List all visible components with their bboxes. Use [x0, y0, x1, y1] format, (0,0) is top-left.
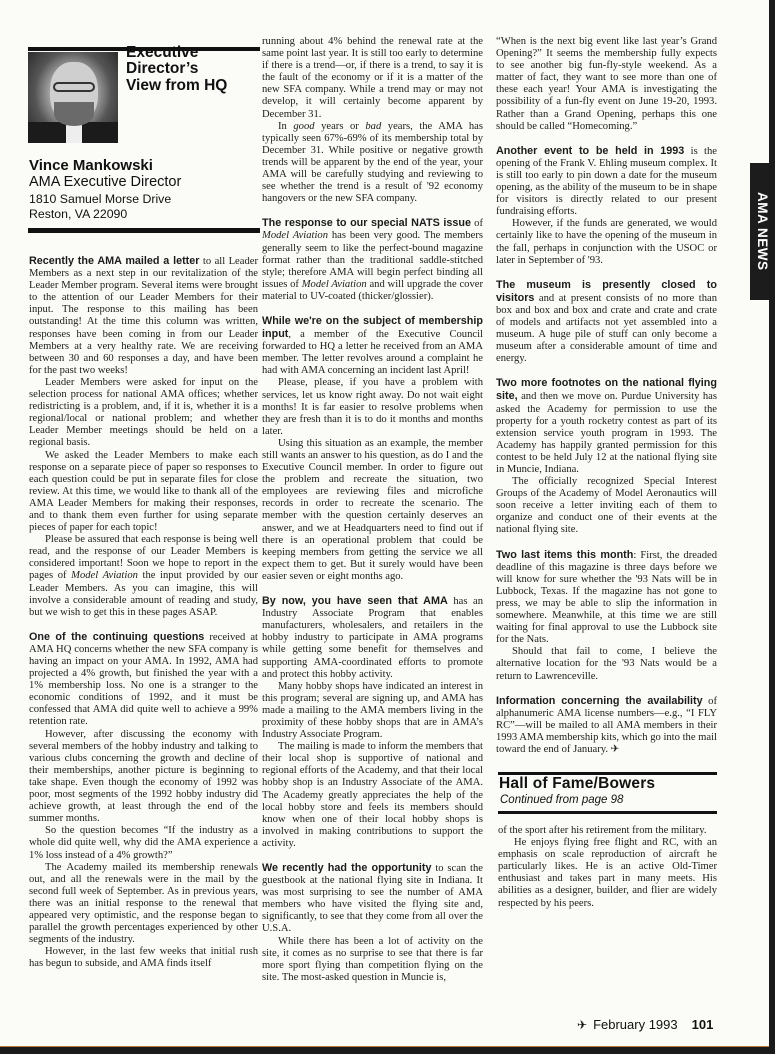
paragraph-text: , a member of the Executive Council forw…: [262, 329, 483, 376]
page-footer: ✈ February 1993 101: [577, 1017, 713, 1032]
paragraph-lead: We recently had the opportunity: [262, 862, 432, 874]
paragraph-text: and then we move on. Purdue University h…: [496, 391, 717, 475]
paragraph: In good years or bad years, the AMA has …: [262, 121, 483, 206]
address-line-1: 1810 Samuel Morse Drive: [29, 192, 171, 207]
publication-name: Model Aviation: [262, 230, 328, 241]
paragraph: Recently the AMA mailed a letter to all …: [29, 255, 258, 377]
paragraph: While there has been a lot of activity o…: [262, 936, 483, 984]
author-name: Vince Mankowski: [29, 157, 153, 174]
paragraph: The response to our special NATS issue o…: [262, 217, 483, 303]
paragraph: “When is the next big event like last ye…: [496, 36, 717, 133]
author-address: 1810 Samuel Morse Drive Reston, VA 22090: [29, 192, 171, 221]
author-role: AMA Executive Director: [29, 174, 181, 190]
paragraph: Please be assured that each response is …: [29, 534, 258, 619]
column-2: running about 4% behind the renewal rate…: [262, 36, 483, 984]
page-number: 101: [692, 1017, 714, 1032]
hof-rule-bottom: [498, 811, 717, 814]
address-line-2: Reston, VA 22090: [29, 207, 171, 222]
paragraph: We recently had the opportunity to scan …: [262, 862, 483, 936]
paragraph-lead: The response to our special NATS issue: [262, 217, 471, 229]
title-line-1: Executive: [126, 45, 261, 61]
paragraph-lead: Another event to be held in 1993: [496, 145, 684, 157]
column-3: “When is the next big event like last ye…: [496, 36, 717, 756]
paragraph: The officially recognized Special Intere…: [496, 476, 717, 536]
photo-beard: [54, 102, 94, 126]
paragraph: He enjoys flying free flight and RC, wit…: [498, 837, 717, 910]
author-photo: [28, 52, 118, 143]
paragraph-text: received at AMA HQ concerns whether the …: [29, 632, 258, 728]
hof-continued-from: Continued from page 98: [500, 794, 623, 806]
title-line-3: View from HQ: [126, 78, 261, 94]
paragraph: Many hobby shops have indicated an inter…: [262, 681, 483, 741]
paragraph-text: : First, the dreaded deadline of this ma…: [496, 550, 717, 646]
column-1: Recently the AMA mailed a letter to all …: [29, 255, 258, 970]
photo-glasses: [53, 82, 95, 92]
paragraph: running about 4% behind the renewal rate…: [262, 36, 483, 121]
paragraph-lead: Recently the AMA mailed a letter: [29, 255, 199, 267]
emphasis: good: [293, 121, 314, 132]
paragraph: Please, please, if you have a problem wi…: [262, 377, 483, 437]
paragraph: One of the continuing questions received…: [29, 631, 258, 729]
paragraph: While we're on the subject of membership…: [262, 315, 483, 377]
paragraph: Another event to be held in 1993 is the …: [496, 145, 717, 219]
page-edge: [769, 0, 775, 1054]
paragraph: Leader Members were asked for input on t…: [29, 377, 258, 450]
paragraph: Should that fail to come, I believe the …: [496, 646, 717, 682]
paragraph: The Academy mailed its membership renewa…: [29, 862, 258, 947]
hof-body: of the sport after his retirement from t…: [498, 825, 717, 910]
paragraph-lead: Information concerning the availability: [496, 695, 703, 707]
paragraph: of the sport after his retirement from t…: [498, 825, 717, 837]
paragraph-text: years or: [315, 121, 366, 132]
paragraph-lead: By now, you have seen that AMA: [262, 595, 448, 607]
issue-date: February 1993: [593, 1017, 678, 1032]
paragraph: We asked the Leader Members to make each…: [29, 450, 258, 535]
hof-title: Hall of Fame/Bowers: [499, 775, 655, 793]
publication-name: Model Aviation: [71, 570, 138, 581]
title-line-2: Director’s: [126, 61, 261, 77]
paragraph: Using this situation as an example, the …: [262, 438, 483, 583]
paragraph: The mailing is made to inform the member…: [262, 741, 483, 850]
photo-collar: [66, 124, 82, 143]
paragraph: Two last items this month: First, the dr…: [496, 549, 717, 647]
paragraph-text: In: [278, 121, 293, 132]
header-rule-bottom: [28, 228, 260, 233]
paragraph-lead: Two last items this month: [496, 549, 633, 561]
paragraph: However, in the last few weeks that init…: [29, 946, 258, 970]
paragraph: So the question becomes “If the industry…: [29, 825, 258, 861]
paragraph: Two more footnotes on the national flyin…: [496, 377, 717, 476]
paragraph-text: of: [471, 218, 483, 229]
paragraph: However, after discussing the economy wi…: [29, 729, 258, 826]
publication-name: Model Aviation: [302, 279, 367, 290]
paragraph: By now, you have seen that AMA has an In…: [262, 595, 483, 681]
paragraph-text: years, the AMA has typically seen 67%-69…: [262, 121, 483, 205]
paragraph-text: has an Industry Associate Program that e…: [262, 596, 483, 680]
paragraph-lead: One of the continuing questions: [29, 631, 204, 643]
paragraph: Information concerning the availability …: [496, 695, 717, 756]
column-title: Executive Director’s View from HQ: [126, 45, 261, 94]
magazine-page: Executive Director’s View from HQ Vince …: [0, 0, 769, 1047]
paragraph-text: to all Leader Members as a next step in …: [29, 256, 258, 376]
paragraph: The museum is presently closed to visito…: [496, 279, 717, 366]
section-tab-label: AMA NEWS: [755, 192, 770, 271]
airplane-icon: ✈: [577, 1018, 587, 1032]
paragraph: However, if the funds are generated, we …: [496, 218, 717, 266]
emphasis: bad: [365, 121, 381, 132]
